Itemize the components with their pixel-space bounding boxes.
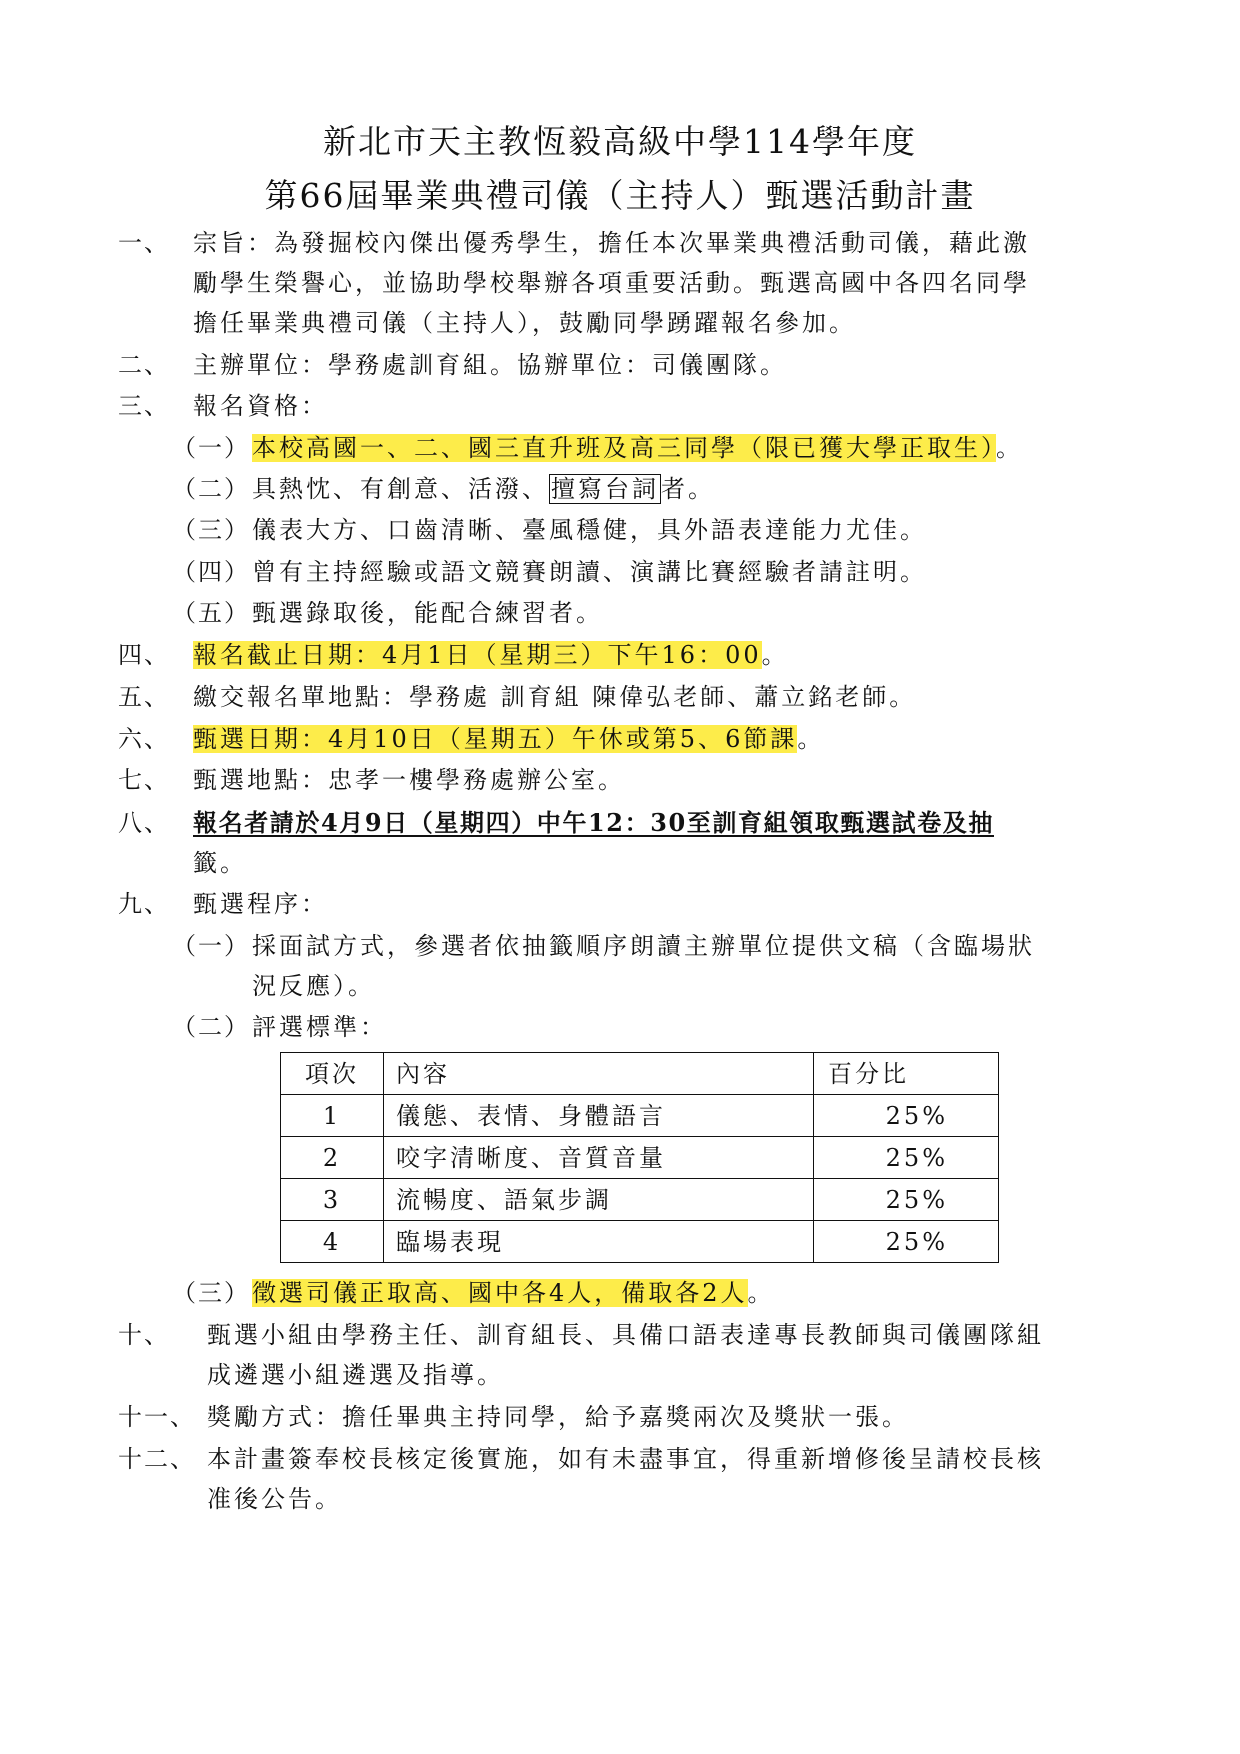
section-9-number: 九、 xyxy=(118,888,170,920)
section-3-item-4: 曾有主持經驗或語文競賽朗讀、演講比賽經驗者請註明。 xyxy=(252,556,927,588)
section-9-item-2: 評選標準： xyxy=(252,1011,387,1043)
header-content: 內容 xyxy=(384,1053,814,1095)
section-3-number: 三、 xyxy=(118,390,170,422)
section-7-number: 七、 xyxy=(118,764,170,796)
section-3-item-3: 儀表大方、口齒清晰、臺風穩健，具外語表達能力尤佳。 xyxy=(252,514,927,546)
highlighted-quota: 徵選司儀正取高、國中各4人，備取各2人 xyxy=(252,1279,748,1307)
section-11-number: 十一、 xyxy=(118,1401,196,1433)
table-row: 4 臨場表現 25% xyxy=(281,1221,999,1263)
section-5-number: 五、 xyxy=(118,681,170,713)
section-9-item-1-line-1: 採面試方式，參選者依抽籤順序朗讀主辦單位提供文稿（含臨場狀 xyxy=(252,930,1035,962)
document-title-line1: 新北市天主教恆毅高級中學114學年度 xyxy=(0,121,1240,163)
section-9-text: 甄選程序： xyxy=(193,888,328,920)
section-3-item-5: 甄選錄取後，能配合練習者。 xyxy=(252,597,603,629)
section-10-line-2: 成遴選小組遴選及指導。 xyxy=(207,1359,504,1391)
section-5-text: 繳交報名單地點：學務處 訓育組 陳偉弘老師、蕭立銘老師。 xyxy=(193,681,916,713)
table-row: 3 流暢度、語氣步調 25% xyxy=(281,1179,999,1221)
boxed-text: 擅寫台詞 xyxy=(549,474,661,504)
section-8-number: 八、 xyxy=(118,807,170,839)
section-4-number: 四、 xyxy=(118,639,170,671)
document-title-line2: 第66屆畢業典禮司儀（主持人）甄選活動計畫 xyxy=(0,175,1240,217)
section-10-number: 十、 xyxy=(118,1319,170,1351)
highlighted-selection-date: 甄選日期：4月10日（星期五）午休或第5、6節課 xyxy=(193,725,797,753)
document-page: 新北市天主教恆毅高級中學114學年度 第66屆畢業典禮司儀（主持人）甄選活動計畫… xyxy=(0,0,1240,1754)
section-12-line-1: 本計畫簽奉校長核定後實施，如有未盡事宜，得重新增修後呈請校長核 xyxy=(207,1443,1044,1475)
section-8-line-1: 報名者請於4月9日（星期四）中午12：30至訓育組領取甄選試卷及抽 xyxy=(193,807,994,839)
section-3-item-1-marker: （一） xyxy=(172,432,250,464)
section-3-item-3-marker: （三） xyxy=(172,514,250,546)
header-percentage: 百分比 xyxy=(814,1053,999,1095)
table-row: 1 儀態、表情、身體語言 25% xyxy=(281,1095,999,1137)
criteria-table: 項次 內容 百分比 1 儀態、表情、身體語言 25% 2 咬字清晰度、音質音量 … xyxy=(280,1052,999,1263)
section-11-text: 獎勵方式：擔任畢典主持同學，給予嘉獎兩次及獎狀一張。 xyxy=(207,1401,909,1433)
section-12-line-2: 准後公告。 xyxy=(207,1483,342,1515)
section-3-text: 報名資格： xyxy=(193,390,328,422)
header-item-no: 項次 xyxy=(281,1053,384,1095)
table-header-row: 項次 內容 百分比 xyxy=(281,1053,999,1095)
section-9-item-2-marker: （二） xyxy=(172,1011,250,1043)
section-3-item-5-marker: （五） xyxy=(172,597,250,629)
section-2-text: 主辦單位：學務處訓育組。協辦單位：司儀團隊。 xyxy=(193,349,787,381)
section-6-number: 六、 xyxy=(118,723,170,755)
section-7-text: 甄選地點：忠孝一樓學務處辦公室。 xyxy=(193,764,625,796)
section-8-line-2: 籤。 xyxy=(193,847,247,879)
section-1-line-3: 擔任畢業典禮司儀（主持人），鼓勵同學踴躍報名參加。 xyxy=(193,307,856,339)
highlighted-text: 本校高國一、二、國三直升班及高三同學（限已獲大學正取生） xyxy=(252,434,996,462)
section-6-text: 甄選日期：4月10日（星期五）午休或第5、6節課。 xyxy=(193,723,824,755)
table-row: 2 咬字清晰度、音質音量 25% xyxy=(281,1137,999,1179)
section-1-line-1: 宗旨：為發掘校內傑出優秀學生，擔任本次畢業典禮活動司儀，藉此激 xyxy=(193,227,1030,259)
section-3-item-1: 本校高國一、二、國三直升班及高三同學（限已獲大學正取生）。 xyxy=(252,432,1023,464)
section-2-number: 二、 xyxy=(118,349,170,381)
section-12-number: 十二、 xyxy=(118,1443,196,1475)
section-9-item-1-marker: （一） xyxy=(172,930,250,962)
section-9-item-3: 徵選司儀正取高、國中各4人，備取各2人。 xyxy=(252,1277,775,1309)
section-1-number: 一、 xyxy=(118,227,170,259)
section-3-item-4-marker: （四） xyxy=(172,556,250,588)
section-9-item-1-line-2: 況反應）。 xyxy=(252,970,375,1002)
highlighted-deadline: 報名截止日期：4月1日（星期三）下午16：00 xyxy=(193,641,762,669)
section-10-line-1: 甄選小組由學務主任、訓育組長、具備口語表達專長教師與司儀團隊組 xyxy=(207,1319,1044,1351)
section-3-item-2: 具熱忱、有創意、活潑、擅寫台詞者。 xyxy=(252,473,715,505)
section-3-item-2-marker: （二） xyxy=(172,473,250,505)
section-1-line-2: 勵學生榮譽心，並協助學校舉辦各項重要活動。甄選高國中各四名同學 xyxy=(193,267,1030,299)
section-4-text: 報名截止日期：4月1日（星期三）下午16：00。 xyxy=(193,639,789,671)
section-9-item-3-marker: （三） xyxy=(172,1277,250,1309)
